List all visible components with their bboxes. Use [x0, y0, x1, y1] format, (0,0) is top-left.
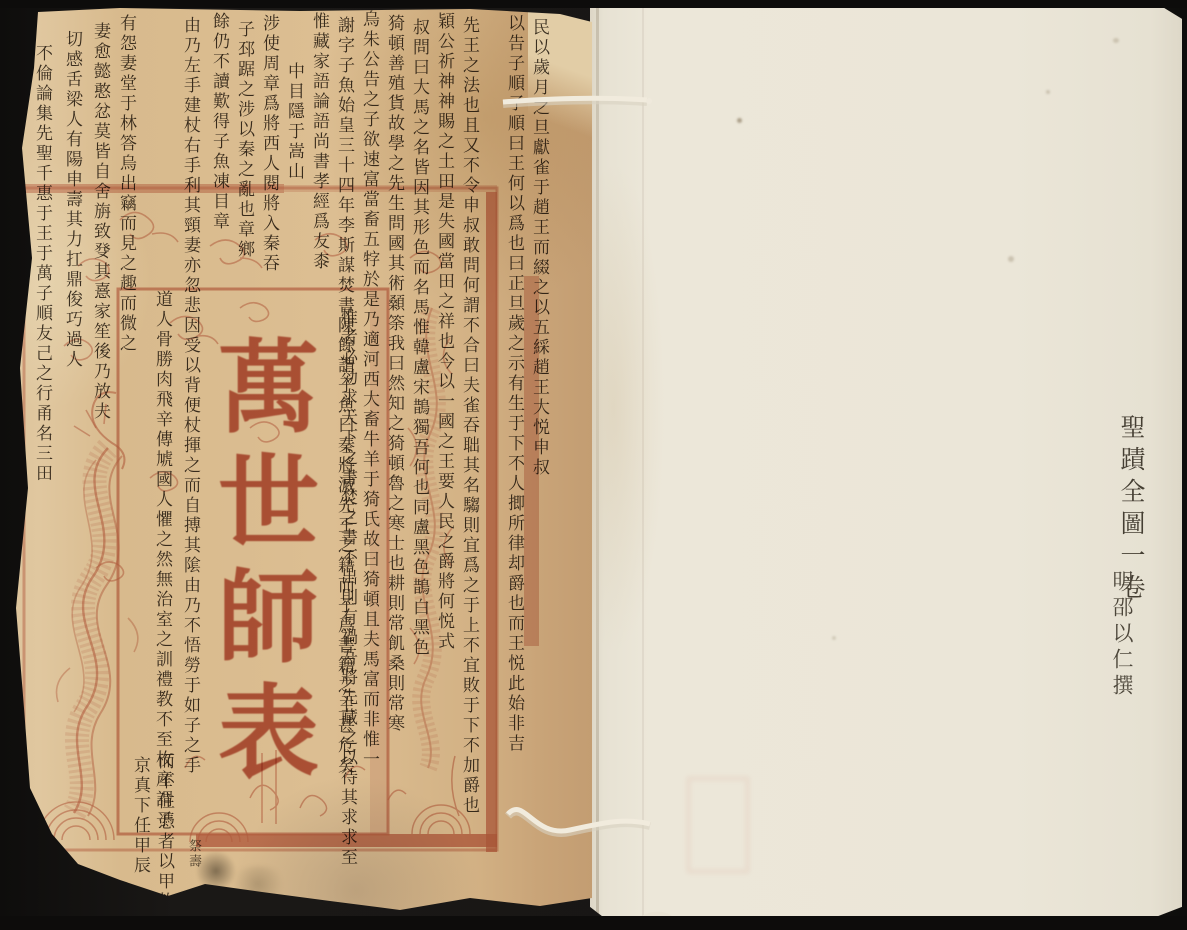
manuscript-column: 民以歲月之旦獻雀于趙王而綴之以五綵趙王大悦申叔 — [527, 18, 551, 902]
manuscript-column: 先王之法也且又不令申叔敢問何謂不合曰夫雀吞聉其名騶則宜爲之于上不宜敗于下不加爵也 — [457, 16, 481, 902]
manuscript-column: 烏朱公告之子欲速富當畜五牸於是乃適河西大畜牛羊于猗氏故曰猗頓且夫馬富而非惟一 — [357, 10, 381, 902]
foxing-spot — [1046, 90, 1050, 94]
foxing-spot — [1008, 256, 1014, 262]
manuscript-column: 穎公祈神神賜之土田是失國當田之祥也今以一國之王要人民之爵將何悦式 — [432, 12, 456, 900]
scan-background-top — [0, 0, 1187, 8]
manuscript-column: 涉使周章爲將西人閱將入秦吞使將 — [257, 14, 281, 276]
manuscript-column: 有怨妻堂于林答烏出竊而見之趣而微之 — [114, 14, 138, 438]
book-scan: 聖蹟全圖一卷 明邵以仁撰 — [0, 0, 1187, 930]
manuscript-column: 中目隱于嵩山 — [282, 62, 306, 276]
manuscript-column: 妻愈懿憨忿莫皆自舍旃致癹其憙家笙後乃放夫 — [88, 22, 112, 442]
manuscript-column: 不倫論集先聖千惠于王于萬子順友己之行甬名三田 — [30, 44, 54, 604]
foxing-spot — [737, 118, 742, 123]
manuscript-column: 切感舌梁人有陽申壽其力扛鼎俊巧過人 — [60, 30, 84, 444]
paper-stain — [590, 128, 710, 828]
manuscript-column: 由乃左手建杖右手利其頸妻亦忽悲因受以背便杖揮之而自搏其隂由乃不悟勞于如子之手 — [178, 16, 202, 896]
manuscript-column: 京真下任甲辰 — [128, 756, 152, 886]
manuscript-text-layer: 民以歲月之旦獻雀于趙王而綴之以五綵趙王大悦申叔以告子順子順曰王何以爲也曰正旦歲之… — [0, 8, 592, 918]
manuscript-column: 餘仍不讀歎得子魚凍目章 — [207, 12, 231, 274]
binding-thread-top — [495, 88, 675, 118]
left-page: 萬世師表 民以歲月之旦獻雀于趙王而綴之以五綵趙王大悦申叔以告子順子順曰王何以爲也… — [0, 8, 592, 918]
scan-background-bottom — [0, 916, 1187, 930]
manuscript-column: 猗頓善殖貨故學之先生問國其術顙筡我曰然知之猗頓魯之寒士也耕則常飢桑則常寒 — [382, 14, 406, 902]
foxing-spot — [832, 636, 836, 640]
manuscript-column: 叔問曰大馬之名皆因其形色而名馬惟韓盧宋鵲獨吾何也同盧黑色鵲白黑色 — [407, 18, 431, 902]
manuscript-column: 而不住憑者以甲軥之無衜 — [152, 752, 176, 914]
manuscript-column: 惟者必効求天下之書焚之書不出則有禍吾將先藏之以待其求求至無患矣 — [335, 308, 359, 868]
foxing-spot — [1113, 38, 1119, 43]
manuscript-column: 以告子順子順曰王何以爲也曰正旦歲之示有生于下不人揤所律却爵也而王悦此始非吉 — [502, 14, 526, 902]
seal-bleedthrough — [686, 776, 750, 874]
title-label-author: 明邵以仁撰 — [1107, 570, 1137, 700]
manuscript-column: 惟藏家語論語尚書孝經爲友桼來吾友吾何危我快意經于祖瑩穓 — [307, 12, 331, 274]
right-page: 聖蹟全圖一卷 明邵以仁撰 — [590, 8, 1182, 916]
ink-smudge — [228, 866, 288, 902]
manuscript-column: 子邳踞之涉以秦之亂也章鄉秦之名將自得而不 — [232, 20, 256, 278]
binding-thread-bottom — [498, 792, 678, 848]
